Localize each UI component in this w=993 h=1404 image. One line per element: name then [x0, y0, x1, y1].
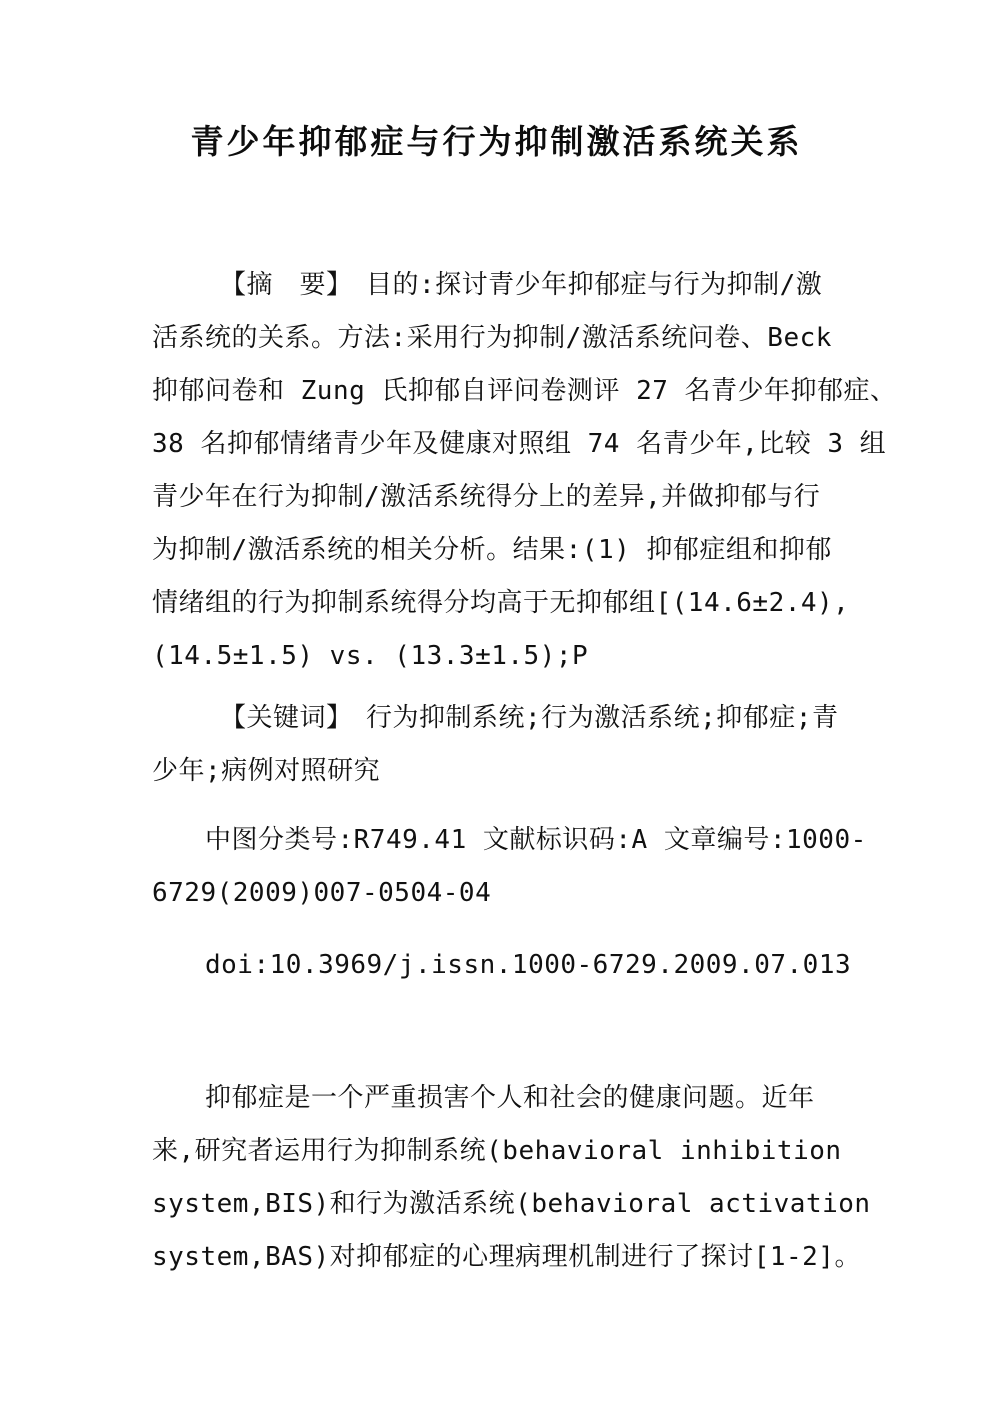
abstract-paragraph: 【摘 要】 目的:探讨青少年抑郁症与行为抑制/激 活系统的关系。方法:采用行为抑… — [152, 259, 858, 683]
body-line: system,BIS)和行为激活系统(behavioral activation — [152, 1178, 858, 1231]
classification-paragraph: 中图分类号:R749.41 文献标识码:A 文章编号:1000- 6729(20… — [152, 814, 858, 920]
abstract-line: (14.5±1.5) vs. (13.3±1.5);P — [152, 630, 858, 683]
keywords-paragraph: 【关键词】 行为抑制系统;行为激活系统;抑郁症;青 少年;病例对照研究 — [152, 692, 858, 798]
classification-line: 6729(2009)007-0504-04 — [152, 867, 858, 920]
doi-line: doi:10.3969/j.issn.1000-6729.2009.07.013 — [152, 939, 858, 992]
abstract-line: 抑郁问卷和 Zung 氏抑郁自评问卷测评 27 名青少年抑郁症、 — [152, 365, 858, 418]
abstract-line: 青少年在行为抑制/激活系统得分上的差异,并做抑郁与行 — [152, 471, 858, 524]
abstract-line: 38 名抑郁情绪青少年及健康对照组 74 名青少年,比较 3 组 — [152, 418, 858, 471]
abstract-line: 为抑制/激活系统的相关分析。结果:(1) 抑郁症组和抑郁 — [152, 524, 858, 577]
classification-line: 中图分类号:R749.41 文献标识码:A 文章编号:1000- — [152, 814, 858, 867]
keywords-line: 【关键词】 行为抑制系统;行为激活系统;抑郁症;青 — [152, 692, 858, 745]
body-line: 抑郁症是一个严重损害个人和社会的健康问题。近年 — [152, 1072, 858, 1125]
abstract-line: 情绪组的行为抑制系统得分均高于无抑郁组[(14.6±2.4), — [152, 577, 858, 630]
document-page: 青少年抑郁症与行为抑制激活系统关系 【摘 要】 目的:探讨青少年抑郁症与行为抑制… — [0, 0, 993, 1404]
body-line: system,BAS)对抑郁症的心理病理机制进行了探讨[1-2]。 — [152, 1231, 858, 1284]
body-line: 来,研究者运用行为抑制系统(behavioral inhibition — [152, 1125, 858, 1178]
abstract-line: 活系统的关系。方法:采用行为抑制/激活系统问卷、Beck — [152, 312, 858, 365]
body-paragraph: 抑郁症是一个严重损害个人和社会的健康问题。近年 来,研究者运用行为抑制系统(be… — [152, 1072, 858, 1284]
keywords-line: 少年;病例对照研究 — [152, 745, 858, 798]
doi-paragraph: doi:10.3969/j.issn.1000-6729.2009.07.013 — [152, 939, 858, 992]
document-title: 青少年抑郁症与行为抑制激活系统关系 — [0, 116, 993, 163]
abstract-line: 【摘 要】 目的:探讨青少年抑郁症与行为抑制/激 — [152, 259, 858, 312]
